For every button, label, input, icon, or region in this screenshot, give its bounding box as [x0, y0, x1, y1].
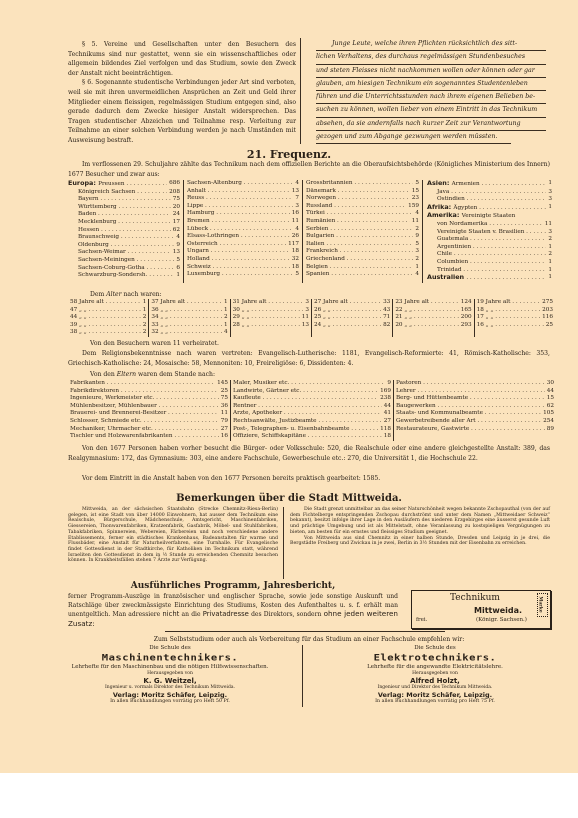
- ad-subtitle: Lehrhefte für die angewandte Elektricitä…: [315, 664, 555, 671]
- row-value: 9: [174, 242, 180, 250]
- age-column: 19 Jahre alt27518 „ „20317 „ „11616 „ „2…: [475, 299, 555, 337]
- row-label: Frankreich: [306, 248, 413, 256]
- row-label: Norwegen: [306, 195, 410, 203]
- row-value: 4: [413, 271, 419, 279]
- table-row: 44 „ „2: [70, 314, 146, 322]
- column-divider: [283, 507, 284, 579]
- table-row: Fabrikanten145: [70, 380, 228, 388]
- ad-elektrotechniker: Die Schule des Elektrotechnikers. Lehrhe…: [315, 645, 555, 705]
- stamp-city: Mittweida.: [474, 606, 522, 615]
- table-row: Offiziere, Schiffskapitäne18: [233, 433, 391, 441]
- row-value: 4: [293, 226, 299, 234]
- row-label: Italien: [306, 241, 413, 249]
- row-label: Sachsen-Altenburg: [187, 180, 293, 188]
- row-value: 11: [219, 410, 228, 418]
- section-title-programm: Ausführliches Programm, Jahresbericht,: [68, 581, 398, 591]
- ad-author: K. G. Weitzel,: [40, 677, 300, 685]
- table-row: Pastoren30: [396, 380, 554, 388]
- table-row: 19 Jahre alt275: [477, 299, 553, 307]
- row-label: Ungarn: [187, 248, 290, 256]
- programm-text: ferner Programm-Auszüge in französischer…: [68, 593, 398, 629]
- row-value: 159: [406, 203, 419, 211]
- row-label: 25 „ „: [314, 314, 381, 322]
- ad-title: Elektrotechnikers.: [315, 653, 555, 663]
- row-value: 2: [546, 251, 552, 259]
- row-label: Baden: [68, 211, 171, 219]
- row-label: Braunschweig: [68, 234, 174, 242]
- origin-column-2: Sachsen-Altenburg4Anhalt13Reuss7Lippe3Ha…: [184, 180, 303, 283]
- table-row: 32 „ „4: [151, 329, 227, 337]
- row-label: Mecklenburg: [68, 219, 171, 227]
- row-label: 36 „ „: [151, 307, 222, 315]
- row-value: 293: [459, 322, 472, 330]
- row-label: Rentner: [233, 403, 382, 411]
- row-value: 1: [413, 264, 419, 272]
- row-label: Fabrikanten: [70, 380, 215, 388]
- age-column: 58 Jahre alt147 „ „144 „ „239 „ „238 „ „…: [68, 299, 149, 337]
- table-row: 17 „ „116: [477, 314, 553, 322]
- row-value: 4: [293, 180, 299, 188]
- row-label: Europa: Preussen: [68, 180, 167, 189]
- ad-title: Maschinentechnikers.: [40, 653, 300, 663]
- row-value: 686: [167, 180, 180, 189]
- continent-label: Asien:: [427, 180, 452, 187]
- row-label: 18 „ „: [477, 307, 540, 315]
- table-row: Bulgarien9: [306, 233, 419, 241]
- table-row: Guatemala2: [427, 236, 552, 244]
- row-value: 11: [410, 218, 419, 226]
- row-value: [550, 212, 552, 221]
- row-value: 3: [546, 189, 552, 197]
- mittweida-right-paragraph-1: Die Stadt grenzt unmittelbar an das sein…: [290, 507, 550, 536]
- table-row: Ärzte, Apotheker41: [233, 410, 391, 418]
- row-label: Württemberg: [68, 204, 171, 212]
- row-value: 62: [171, 227, 180, 235]
- table-row: Griechenland2: [306, 256, 419, 264]
- row-value: 25: [219, 388, 228, 396]
- table-row: Dänemark15: [306, 188, 419, 196]
- origin-column-1: Europa: Preussen686Königreich Sachsen208…: [68, 180, 184, 283]
- schools-paragraph: Von den 1677 Personen haben vorher besuc…: [68, 444, 550, 463]
- table-row: 39 „ „2: [70, 322, 146, 330]
- table-row: Trinidad1: [427, 267, 552, 275]
- continent-label: Amerika:: [427, 211, 462, 219]
- row-value: 5: [413, 180, 419, 188]
- notice-line: Junge Leute, welche ihren Pflichten rück…: [316, 38, 546, 51]
- row-label: Post-, Telegraphen- u. Eisenbahnbeamte: [233, 426, 378, 434]
- table-row: Columbien1: [427, 259, 552, 267]
- ad-pre: Die Schule des: [315, 645, 555, 652]
- row-label: Columbien: [427, 259, 546, 267]
- table-row: Österreich117: [187, 241, 299, 249]
- row-value: 1: [222, 307, 228, 315]
- table-row: Hessen62: [68, 227, 180, 235]
- row-label: 34 „ „: [151, 314, 222, 322]
- row-value: 2: [546, 236, 552, 244]
- table-row: Ungarn18: [187, 248, 299, 256]
- table-row: Lehrer44: [396, 388, 554, 396]
- stamp-technikum: Technikum: [450, 593, 500, 603]
- row-value: 124: [459, 299, 472, 307]
- row-label: Schwarzburg-Sondersh.: [68, 272, 174, 280]
- rules-section: § 5. Vereine und Gesellschaften unter de…: [68, 40, 296, 146]
- table-row: Königreich Sachsen208: [68, 189, 180, 197]
- row-label: Bremen: [187, 218, 290, 226]
- table-row: Schweiz18: [187, 264, 299, 272]
- row-value: 1: [546, 204, 552, 213]
- row-value: 27: [219, 426, 228, 434]
- table-row: Rumänien11: [306, 218, 419, 226]
- row-value: 25: [544, 322, 553, 330]
- table-row: 20 „ „293: [395, 322, 471, 330]
- ad-author: Alfred Holzt,: [315, 677, 555, 685]
- row-value: 3: [303, 299, 309, 307]
- table-row: 24 „ „82: [314, 322, 390, 330]
- row-value: 117: [286, 241, 299, 249]
- origin-column-3: Grossbritannien5Dänemark15Norwegen23Russ…: [303, 180, 423, 283]
- notice-line: glauben, am hiesigen Technikum ein sogen…: [316, 78, 546, 91]
- row-label: Tischler und Holzwarenfabrikanten: [70, 433, 219, 441]
- row-label: Asien: Armenien: [427, 180, 546, 189]
- practical-paragraph: Vor dem Eintritt in die Anstalt haben vo…: [68, 474, 550, 484]
- row-value: 79: [219, 418, 228, 426]
- row-value: 2: [413, 256, 419, 264]
- row-value: 17: [171, 219, 180, 227]
- row-label: Hamburg: [187, 210, 290, 218]
- row-label: 19 Jahre alt: [477, 299, 540, 307]
- column-divider: [302, 645, 303, 707]
- row-label: Österreich: [187, 241, 286, 249]
- table-row: 31 Jahre alt3: [233, 299, 309, 307]
- row-value: 11: [543, 221, 552, 229]
- row-label: 33 „ „: [151, 322, 222, 330]
- row-label: 47 „ „: [70, 307, 141, 315]
- row-label: Spanien: [306, 271, 413, 279]
- row-value: 41: [382, 410, 391, 418]
- rule-paragraph-6: § 6. Sogenannte studentische Verbindunge…: [68, 78, 296, 145]
- row-value: 15: [410, 188, 419, 196]
- row-label: Ostindien: [427, 196, 546, 204]
- table-row: Restaurateure, Gastwirte89: [396, 426, 554, 434]
- row-label: 39 „ „: [70, 322, 141, 330]
- ad-subtitle: Lehrhefte für den Maschinenbau und die n…: [40, 664, 300, 671]
- table-row: Belgien1: [306, 264, 419, 272]
- table-row: Berg- und Hüttenbeamte15: [396, 395, 554, 403]
- row-label: Elsass-Lothringen: [187, 233, 290, 241]
- table-row: Italien5: [306, 241, 419, 249]
- row-label: Türkei: [306, 210, 413, 218]
- table-row: Braunschweig4: [68, 234, 180, 242]
- row-label: Bayern: [68, 196, 171, 204]
- row-value: 1: [141, 299, 147, 307]
- row-label: 21 „ „: [395, 314, 458, 322]
- row-value: 32: [290, 256, 299, 264]
- table-row: Mechaniker, Uhrmacher etc.27: [70, 426, 228, 434]
- row-label: Lübeck: [187, 226, 293, 234]
- table-row: Staats- und Kommunalbeamte105: [396, 410, 554, 418]
- row-label: 22 „ „: [395, 307, 458, 315]
- row-value: 33: [381, 299, 390, 307]
- table-row: Russland159: [306, 203, 419, 211]
- table-row: Landwirte, Gärtner etc.169: [233, 388, 391, 396]
- age-column: 23 Jahre alt12422 „ „16521 „ „20020 „ „2…: [393, 299, 474, 337]
- row-value: 5: [174, 257, 180, 265]
- table-row: Elsass-Lothringen26: [187, 233, 299, 241]
- table-row: Fabrikdirektoren25: [70, 388, 228, 396]
- row-label: 16 „ „: [477, 322, 544, 330]
- row-label: Belgien: [306, 264, 413, 272]
- row-value: 44: [545, 388, 554, 396]
- table-row: Luxemburg5: [187, 271, 299, 279]
- row-value: 1: [546, 259, 552, 267]
- table-row: 26 „ „43: [314, 307, 390, 315]
- age-column: 37 Jahre alt136 „ „134 „ „233 „ „132 „ „…: [149, 299, 230, 337]
- row-label: 20 „ „: [395, 322, 458, 330]
- row-value: 3: [413, 248, 419, 256]
- row-label: Pastoren: [396, 380, 545, 388]
- mittweida-right-text: Die Stadt grenzt unmittelbar an das sein…: [290, 507, 550, 547]
- row-label: Guatemala: [427, 236, 546, 244]
- table-row: Vereinigte Staaten v. Brasilien3: [427, 229, 552, 237]
- row-label: 23 Jahre alt: [395, 299, 458, 307]
- table-row: 27 Jahre alt33: [314, 299, 390, 307]
- table-row: Asien: Armenien1: [427, 180, 552, 189]
- row-value: 36: [219, 403, 228, 411]
- row-label: 32 „ „: [151, 329, 222, 337]
- row-label: Russland: [306, 203, 406, 211]
- row-value: 4: [222, 329, 228, 337]
- row-value: 9: [385, 380, 391, 388]
- row-value: 9: [413, 233, 419, 241]
- ad-maschinentechniker: Die Schule des Maschinentechnikers. Lehr…: [40, 645, 300, 705]
- row-value: 89: [545, 426, 554, 434]
- row-value: 1: [222, 322, 228, 330]
- table-row: Bremen11: [187, 218, 299, 226]
- row-value: 30: [545, 380, 554, 388]
- ad-price: In allen Buchhandlungen vorrätig pro Hef…: [315, 699, 555, 705]
- table-row: Baden24: [68, 211, 180, 219]
- row-label: von Nordamerika: [427, 221, 543, 229]
- row-value: 2: [222, 314, 228, 322]
- table-row: Tischler und Holzwarenfabrikanten16: [70, 433, 228, 441]
- row-label: Australien: [427, 274, 546, 283]
- row-label: Restaurateure, Gastwirte: [396, 426, 545, 434]
- table-row: Hamburg16: [187, 210, 299, 218]
- row-value: 4: [174, 234, 180, 242]
- notice-line: suchen zu können, wollen lieber von eine…: [316, 104, 546, 117]
- table-row: 25 „ „71: [314, 314, 390, 322]
- row-label: Brauerei- und Brennerei-Besitzer: [70, 410, 219, 418]
- row-label: Trinidad: [427, 267, 546, 275]
- row-value: 145: [215, 380, 228, 388]
- row-value: 71: [381, 314, 390, 322]
- row-value: 1: [174, 272, 180, 280]
- notice-line: lichen Verhaltens, des durchaus regelmäs…: [316, 51, 546, 64]
- row-label: Serbien: [306, 226, 413, 234]
- table-row: 36 „ „1: [151, 307, 227, 315]
- row-value: 2: [413, 226, 419, 234]
- table-row: Ingenieure, Werkmeister etc.75: [70, 395, 228, 403]
- table-row: Rechtsanwälte, Justizbeamte27: [233, 418, 391, 426]
- row-label: Gewerbetreibende aller Art: [396, 418, 541, 426]
- row-value: 13: [300, 322, 309, 330]
- row-label: Lehrer: [396, 388, 545, 396]
- table-row: Mühlenbesitzer, Mühlenbauer36: [70, 403, 228, 411]
- row-value: 1: [546, 244, 552, 252]
- row-value: 208: [167, 189, 180, 197]
- row-value: 7: [293, 195, 299, 203]
- row-value: 43: [381, 307, 390, 315]
- table-row: Baugewerken62: [396, 403, 554, 411]
- row-value: 82: [381, 322, 390, 330]
- row-label: 24 „ „: [314, 322, 381, 330]
- row-value: 75: [219, 395, 228, 403]
- row-label: Bulgarien: [306, 233, 413, 241]
- ads-intro: Zum Selbststudium oder auch als Vorberei…: [68, 635, 550, 645]
- row-value: 105: [541, 410, 554, 418]
- row-value: 20: [171, 204, 180, 212]
- row-label: Holland: [187, 256, 290, 264]
- continent-label: Europa:: [68, 180, 98, 187]
- table-row: 23 Jahre alt124: [395, 299, 471, 307]
- rule-paragraph-5: § 5. Vereine und Gesellschaften unter de…: [68, 40, 296, 78]
- origin-column-4: Asien: Armenien1Java3Ostindien3Afrika: Ä…: [423, 180, 552, 283]
- row-value: 11: [290, 218, 299, 226]
- table-row: Argentinien1: [427, 244, 552, 252]
- row-label: Sachsen-Coburg-Gotha: [68, 265, 174, 273]
- row-label: 17 „ „: [477, 314, 540, 322]
- table-row: Java3: [427, 189, 552, 197]
- row-label: Berg- und Hüttenbeamte: [396, 395, 545, 403]
- row-value: 16: [219, 433, 228, 441]
- table-row: Schlosser, Schmiede etc.79: [70, 418, 228, 426]
- table-row: Australien 1: [427, 274, 552, 283]
- row-value: 2: [141, 322, 147, 330]
- row-label: Königreich Sachsen: [68, 189, 167, 197]
- row-value: 13: [171, 249, 180, 257]
- row-label: Baugewerken: [396, 403, 545, 411]
- row-label: Staats- und Kommunalbeamte: [396, 410, 541, 418]
- row-value: 275: [540, 299, 553, 307]
- row-label: Oldenburg: [68, 242, 174, 250]
- row-value: 11: [300, 314, 309, 322]
- notice-line: absehen, da sie andernfalls nach kurzer …: [316, 118, 546, 131]
- row-label: Chile: [427, 251, 546, 259]
- row-value: 3: [546, 229, 552, 237]
- row-value: 1: [546, 274, 552, 283]
- row-value: 27: [382, 418, 391, 426]
- notice-box: Junge Leute, welche ihren Pflichten rück…: [300, 38, 546, 144]
- divider: [165, 631, 445, 632]
- row-label: Hessen: [68, 227, 171, 235]
- married-count: Von den Besuchern waren 11 verheiratet.: [90, 339, 219, 349]
- row-label: Rumänien: [306, 218, 410, 226]
- religion-paragraph: Dem Religionsbekenntnisse nach waren ver…: [68, 349, 550, 368]
- row-value: 16: [290, 210, 299, 218]
- mittweida-left-text: Mittweida, an der sächsischen Staatsbahn…: [68, 507, 278, 564]
- row-value: 1: [546, 180, 552, 189]
- row-value: 18: [290, 264, 299, 272]
- row-value: 4: [413, 210, 419, 218]
- table-row: Europa: Preussen686: [68, 180, 180, 189]
- document-page: § 5. Vereine und Gesellschaften unter de…: [0, 0, 578, 773]
- table-row: 37 Jahre alt1: [151, 299, 227, 307]
- row-value: 18: [290, 248, 299, 256]
- ad-publisher: Verlag: Moritz Schäfer, Leipzig.: [40, 691, 300, 699]
- table-row: 28 „ „13: [233, 322, 309, 330]
- row-label: Sachsen-Meiningen: [68, 257, 174, 265]
- table-row: 33 „ „1: [151, 322, 227, 330]
- table-row: Norwegen23: [306, 195, 419, 203]
- row-label: 44 „ „: [70, 314, 141, 322]
- row-label: 38 „ „: [70, 329, 141, 337]
- table-row: Post-, Telegraphen- u. Eisenbahnbeamte11…: [233, 426, 391, 434]
- table-row: Sachsen-Altenburg4: [187, 180, 299, 188]
- row-label: Argentinien: [427, 244, 546, 252]
- table-row: 47 „ „1: [70, 307, 146, 315]
- row-label: Sachsen-Weimar: [68, 249, 171, 257]
- notice-line: und steten Fleisses nicht nachkommen wol…: [316, 65, 546, 78]
- notice-line: gezogen und zum Abgange gezwungen werden…: [316, 131, 511, 144]
- row-label: Schweiz: [187, 264, 290, 272]
- row-label: Luxemburg: [187, 271, 293, 279]
- table-row: 38 „ „2: [70, 329, 146, 337]
- row-label: Anhalt: [187, 188, 290, 196]
- row-label: 58 Jahre alt: [70, 299, 141, 307]
- row-label: Amerika: Vereinigte Staaten: [427, 212, 550, 221]
- parents-column: Pastoren30Lehrer44Berg- und Hüttenbeamte…: [394, 380, 556, 441]
- parents-column: Fabrikanten145Fabrikdirektoren25Ingenieu…: [68, 380, 231, 441]
- table-row: Sachsen-Meiningen5: [68, 257, 180, 265]
- row-label: Schlosser, Schmiede etc.: [70, 418, 219, 426]
- table-row: 34 „ „2: [151, 314, 227, 322]
- row-label: 27 Jahre alt: [314, 299, 381, 307]
- table-row: Kaufleute238: [233, 395, 391, 403]
- table-row: Ostindien3: [427, 196, 552, 204]
- row-label: Java: [427, 189, 546, 197]
- row-value: 254: [541, 418, 554, 426]
- address-stamp: Technikum Mittweida. frei. (Königr. Sach…: [411, 590, 551, 629]
- table-row: Anhalt13: [187, 188, 299, 196]
- table-row: 22 „ „165: [395, 307, 471, 315]
- stamp-country: (Königr. Sachsen.): [476, 617, 527, 623]
- row-label: Dänemark: [306, 188, 410, 196]
- ad-publisher: Verlag: Moritz Schäfer, Leipzig.: [315, 691, 555, 699]
- age-column: 27 Jahre alt3326 „ „4325 „ „7124 „ „82: [312, 299, 393, 337]
- row-label: Mechaniker, Uhrmacher etc.: [70, 426, 219, 434]
- row-value: 200: [459, 314, 472, 322]
- row-value: 2: [141, 329, 147, 337]
- continent-label: Afrika:: [427, 204, 453, 211]
- section-title-mittweida: Bemerkungen über die Stadt Mittweida.: [0, 493, 578, 504]
- row-label: Fabrikdirektoren: [70, 388, 219, 396]
- parents-column: Maler, Musiker etc.9Landwirte, Gärtner e…: [231, 380, 394, 441]
- row-value: 118: [378, 426, 391, 434]
- table-row: Lübeck4: [187, 226, 299, 234]
- row-label: 31 Jahre alt: [233, 299, 304, 307]
- row-value: 1: [546, 267, 552, 275]
- row-label: Offiziere, Schiffskapitäne: [233, 433, 382, 441]
- table-row: Rentner44: [233, 403, 391, 411]
- parents-table: Fabrikanten145Fabrikdirektoren25Ingenieu…: [68, 380, 550, 441]
- continent-label: Australien: [427, 274, 466, 281]
- age-column: 31 Jahre alt330 „ „329 „ „1128 „ „13: [231, 299, 312, 337]
- origin-table: Europa: Preussen686Königreich Sachsen208…: [68, 180, 550, 283]
- row-value: 23: [410, 195, 419, 203]
- stamp-frei: frei.: [416, 617, 427, 623]
- row-label: Rechtsanwälte, Justizbeamte: [233, 418, 382, 426]
- table-row: Mecklenburg17: [68, 219, 180, 227]
